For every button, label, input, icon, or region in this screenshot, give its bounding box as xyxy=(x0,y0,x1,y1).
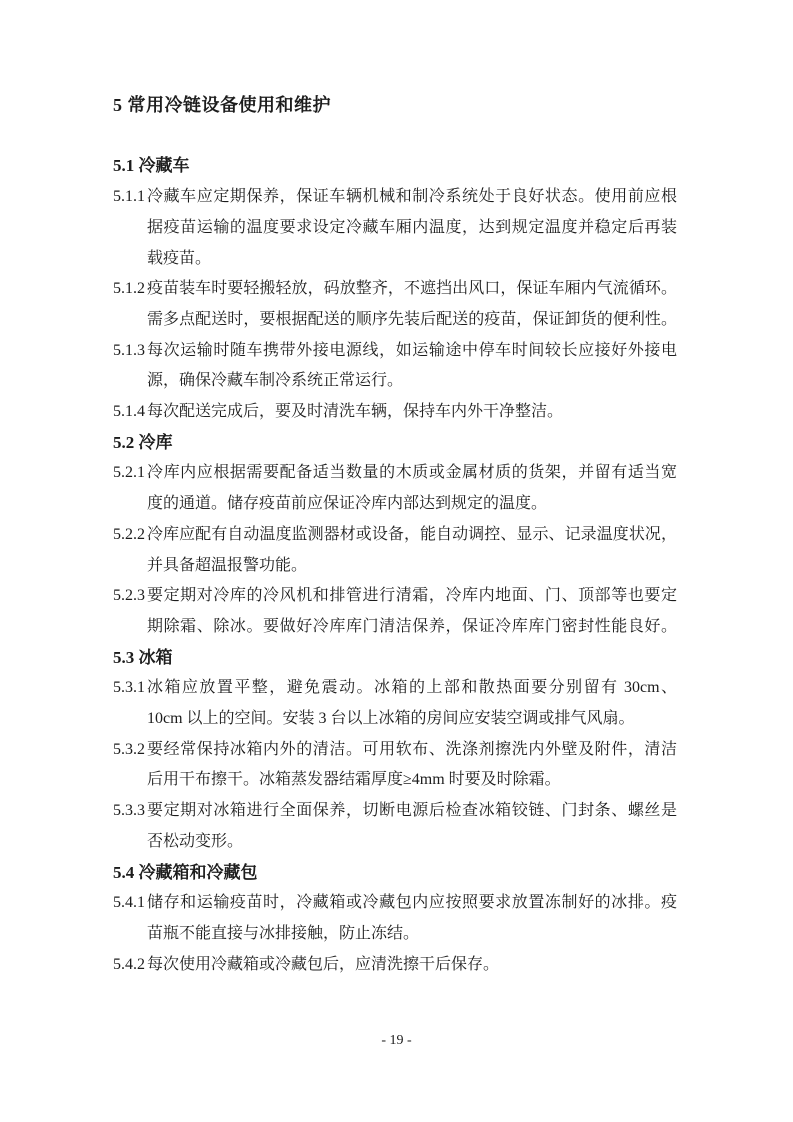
clause-5-1-4: 5.1.4 每次配送完成后，要及时清洗车辆，保持车内外干净整洁。 xyxy=(113,397,677,428)
clause-number: 5.3.3 xyxy=(113,796,145,827)
clause-number: 5.3.2 xyxy=(113,735,145,766)
clause-number: 5.2.2 xyxy=(113,520,145,551)
clause-number: 5.4.1 xyxy=(113,888,145,919)
clause-5-2-2: 5.2.2 冷库应配有自动温度监测器材或设备，能自动调控、显示、记录温度状况， … xyxy=(113,520,677,581)
clause-number: 5.2.1 xyxy=(113,458,145,489)
clause-number: 5.3.1 xyxy=(113,673,145,704)
clause-line: 冰箱应放置平整，避免震动。冰箱的上部和散热面要分别留有 30cm、 xyxy=(147,673,677,704)
section-heading: 5.2 冷库 xyxy=(113,428,677,459)
clause-5-1-2: 5.1.2 疫苗装车时要轻搬轻放，码放整齐，不遮挡出风口，保证车厢内气流循环。 … xyxy=(113,274,677,335)
clause-line: 每次使用冷藏箱或冷藏包后，应清洗擦干后保存。 xyxy=(147,950,677,981)
clause-line: 据疫苗运输的温度要求设定冷藏车厢内温度，达到规定温度并稳定后再装 xyxy=(147,213,677,244)
clause-line: 苗瓶不能直接与冰排接触，防止冻结。 xyxy=(147,919,677,950)
section-refrigerator: 5.3 冰箱 5.3.1 冰箱应放置平整，避免震动。冰箱的上部和散热面要分别留有… xyxy=(113,643,677,858)
document-page: 5 常用冷链设备使用和维护 5.1 冷藏车 5.1.1 冷藏车应定期保养，保证车… xyxy=(0,0,793,1122)
clause-line: 源，确保冷藏车制冷系统正常运行。 xyxy=(147,366,677,397)
clause-line: 10cm 以上的空间。安装 3 台以上冰箱的房间应安装空调或排气风扇。 xyxy=(147,704,677,735)
section-heading: 5.3 冰箱 xyxy=(113,643,677,674)
clause-number: 5.4.2 xyxy=(113,950,145,981)
clause-5-2-3: 5.2.3 要定期对冷库的冷风机和排管进行清霜，冷库内地面、门、顶部等也要定 期… xyxy=(113,581,677,642)
clause-line: 要经常保持冰箱内外的清洁。可用软布、洗涤剂擦洗内外壁及附件，清洁 xyxy=(147,735,677,766)
clause-5-4-1: 5.4.1 储存和运输疫苗时，冷藏箱或冷藏包内应按照要求放置冻制好的冰排。疫 苗… xyxy=(113,888,677,949)
clause-5-1-3: 5.1.3 每次运输时随车携带外接电源线，如运输途中停车时间较长应接好外接电 源… xyxy=(113,336,677,397)
clause-line: 度的通道。储存疫苗前应保证冷库内部达到规定的温度。 xyxy=(147,489,677,520)
clause-line: 期除霜、除冰。要做好冷库库门清洁保养，保证冷库库门密封性能良好。 xyxy=(147,612,677,643)
clause-line: 冷库应配有自动温度监测器材或设备，能自动调控、显示、记录温度状况， xyxy=(147,520,677,551)
clause-number: 5.1.1 xyxy=(113,182,145,213)
section-heading: 5.4 冷藏箱和冷藏包 xyxy=(113,858,677,889)
document-content: 5 常用冷链设备使用和维护 5.1 冷藏车 5.1.1 冷藏车应定期保养，保证车… xyxy=(113,90,677,980)
clause-line: 冷藏车应定期保养，保证车辆机械和制冷系统处于良好状态。使用前应根 xyxy=(147,182,677,213)
clause-line: 每次运输时随车携带外接电源线，如运输途中停车时间较长应接好外接电 xyxy=(147,336,677,367)
clause-line: 需多点配送时，要根据配送的顺序先装后配送的疫苗，保证卸货的便利性。 xyxy=(147,305,677,336)
clause-line: 要定期对冰箱进行全面保养，切断电源后检查冰箱铰链、门封条、螺丝是 xyxy=(147,796,677,827)
clause-number: 5.1.2 xyxy=(113,274,145,305)
clause-line: 储存和运输疫苗时，冷藏箱或冷藏包内应按照要求放置冻制好的冰排。疫 xyxy=(147,888,677,919)
section-refrigerated-truck: 5.1 冷藏车 5.1.1 冷藏车应定期保养，保证车辆机械和制冷系统处于良好状态… xyxy=(113,151,677,427)
clause-5-4-2: 5.4.2 每次使用冷藏箱或冷藏包后，应清洗擦干后保存。 xyxy=(113,950,677,981)
clause-line: 每次配送完成后，要及时清洗车辆，保持车内外干净整洁。 xyxy=(147,397,677,428)
page-number: - 19 - xyxy=(0,1031,793,1051)
clause-5-3-2: 5.3.2 要经常保持冰箱内外的清洁。可用软布、洗涤剂擦洗内外壁及附件，清洁 后… xyxy=(113,735,677,796)
clause-line: 载疫苗。 xyxy=(147,244,677,275)
clause-5-3-1: 5.3.1 冰箱应放置平整，避免震动。冰箱的上部和散热面要分别留有 30cm、 … xyxy=(113,673,677,734)
clause-number: 5.1.4 xyxy=(113,397,145,428)
clause-number: 5.1.3 xyxy=(113,336,145,367)
section-heading: 5.1 冷藏车 xyxy=(113,151,677,182)
document-title: 5 常用冷链设备使用和维护 xyxy=(113,90,677,121)
clause-line: 疫苗装车时要轻搬轻放，码放整齐，不遮挡出风口，保证车厢内气流循环。 xyxy=(147,274,677,305)
clause-line: 并具备超温报警功能。 xyxy=(147,551,677,582)
clause-number: 5.2.3 xyxy=(113,581,145,612)
section-cold-store: 5.2 冷库 5.2.1 冷库内应根据需要配备适当数量的木质或金属材质的货架，并… xyxy=(113,428,677,643)
clause-line: 冷库内应根据需要配备适当数量的木质或金属材质的货架，并留有适当宽 xyxy=(147,458,677,489)
section-cold-box-and-carrier: 5.4 冷藏箱和冷藏包 5.4.1 储存和运输疫苗时，冷藏箱或冷藏包内应按照要求… xyxy=(113,858,677,981)
clause-5-1-1: 5.1.1 冷藏车应定期保养，保证车辆机械和制冷系统处于良好状态。使用前应根 据… xyxy=(113,182,677,274)
clause-line: 要定期对冷库的冷风机和排管进行清霜，冷库内地面、门、顶部等也要定 xyxy=(147,581,677,612)
clause-line: 否松动变形。 xyxy=(147,827,677,858)
clause-5-3-3: 5.3.3 要定期对冰箱进行全面保养，切断电源后检查冰箱铰链、门封条、螺丝是 否… xyxy=(113,796,677,857)
clause-5-2-1: 5.2.1 冷库内应根据需要配备适当数量的木质或金属材质的货架，并留有适当宽 度… xyxy=(113,458,677,519)
clause-line: 后用干布擦干。冰箱蒸发器结霜厚度≥4mm 时要及时除霜。 xyxy=(147,765,677,796)
